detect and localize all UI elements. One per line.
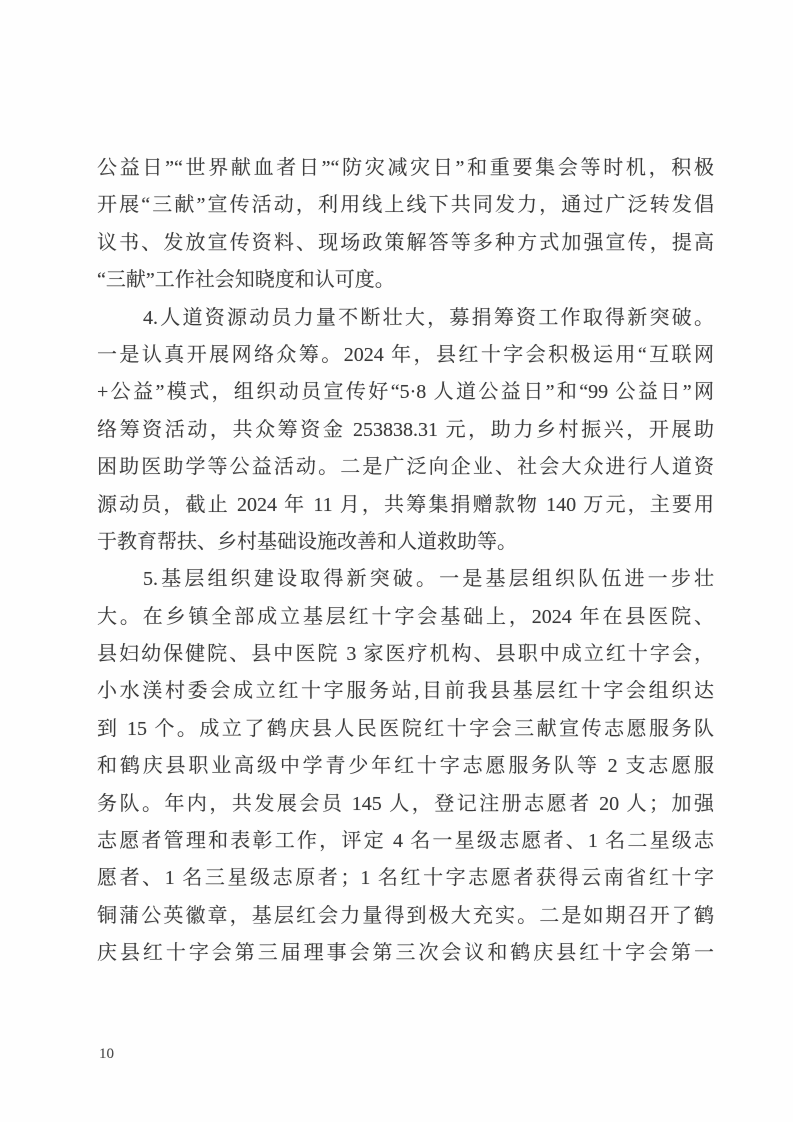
text-line: +公益”模式，组织动员宣传好“5·8 人道公益日”和“99 公益日”网	[97, 374, 714, 411]
text-line: 到 15 个。成立了鹤庆县人民医院红十字会三献宣传志愿服务队	[97, 711, 714, 748]
page-body-text: 公益日”“世界献血者日”“防灾减灾日”和重要集会等时机，积极 开展“三献”宣传活…	[97, 150, 714, 973]
text-line: 5.基层组织建设取得新突破。一是基层组织队伍进一步壮	[97, 561, 714, 598]
text-line: 于教育帮扶、乡村基础设施改善和人道救助等。	[97, 524, 714, 561]
text-line: 和鹤庆县职业高级中学青少年红十字志愿服务队等 2 支志愿服	[97, 748, 714, 785]
text-line: 庆县红十字会第三届理事会第三次会议和鹤庆县红十字会第一	[97, 935, 714, 972]
text-line: 4.人道资源动员力量不断壮大，募捐筹资工作取得新突破。	[97, 300, 714, 337]
text-line: 铜蒲公英徽章，基层红会力量得到极大充实。二是如期召开了鹤	[97, 898, 714, 935]
document-page: 公益日”“世界献血者日”“防灾减灾日”和重要集会等时机，积极 开展“三献”宣传活…	[0, 0, 793, 1122]
text-line: 志愿者管理和表彰工作，评定 4 名一星级志愿者、1 名二星级志	[97, 823, 714, 860]
text-line: 议书、发放宣传资料、现场政策解答等多种方式加强宣传，提高	[97, 225, 714, 262]
page-number: 10	[99, 1046, 114, 1063]
text-line: “三献”工作社会知晓度和认可度。	[97, 262, 714, 299]
text-line: 愿者、1 名三星级志原者；1 名红十字志愿者获得云南省红十字	[97, 860, 714, 897]
text-line: 县妇幼保健院、县中医院 3 家医疗机构、县职中成立红十字会，	[97, 636, 714, 673]
text-line: 公益日”“世界献血者日”“防灾减灾日”和重要集会等时机，积极	[97, 150, 714, 187]
text-line: 务队。年内，共发展会员 145 人，登记注册志愿者 20 人；加强	[97, 786, 714, 823]
text-line: 大。在乡镇全部成立基层红十字会基础上，2024 年在县医院、	[97, 599, 714, 636]
text-line: 开展“三献”宣传活动，利用线上线下共同发力，通过广泛转发倡	[97, 187, 714, 224]
text-line: 源动员，截止 2024 年 11 月，共筹集捐赠款物 140 万元，主要用	[97, 487, 714, 524]
text-line: 小水渼村委会成立红十字服务站,目前我县基层红十字会组织达	[97, 673, 714, 710]
text-line: 困助医助学等公益活动。二是广泛向企业、社会大众进行人道资	[97, 449, 714, 486]
text-line: 络筹资活动，共众筹资金 253838.31 元，助力乡村振兴，开展助	[97, 412, 714, 449]
text-line: 一是认真开展网络众筹。2024 年，县红十字会积极运用“互联网	[97, 337, 714, 374]
